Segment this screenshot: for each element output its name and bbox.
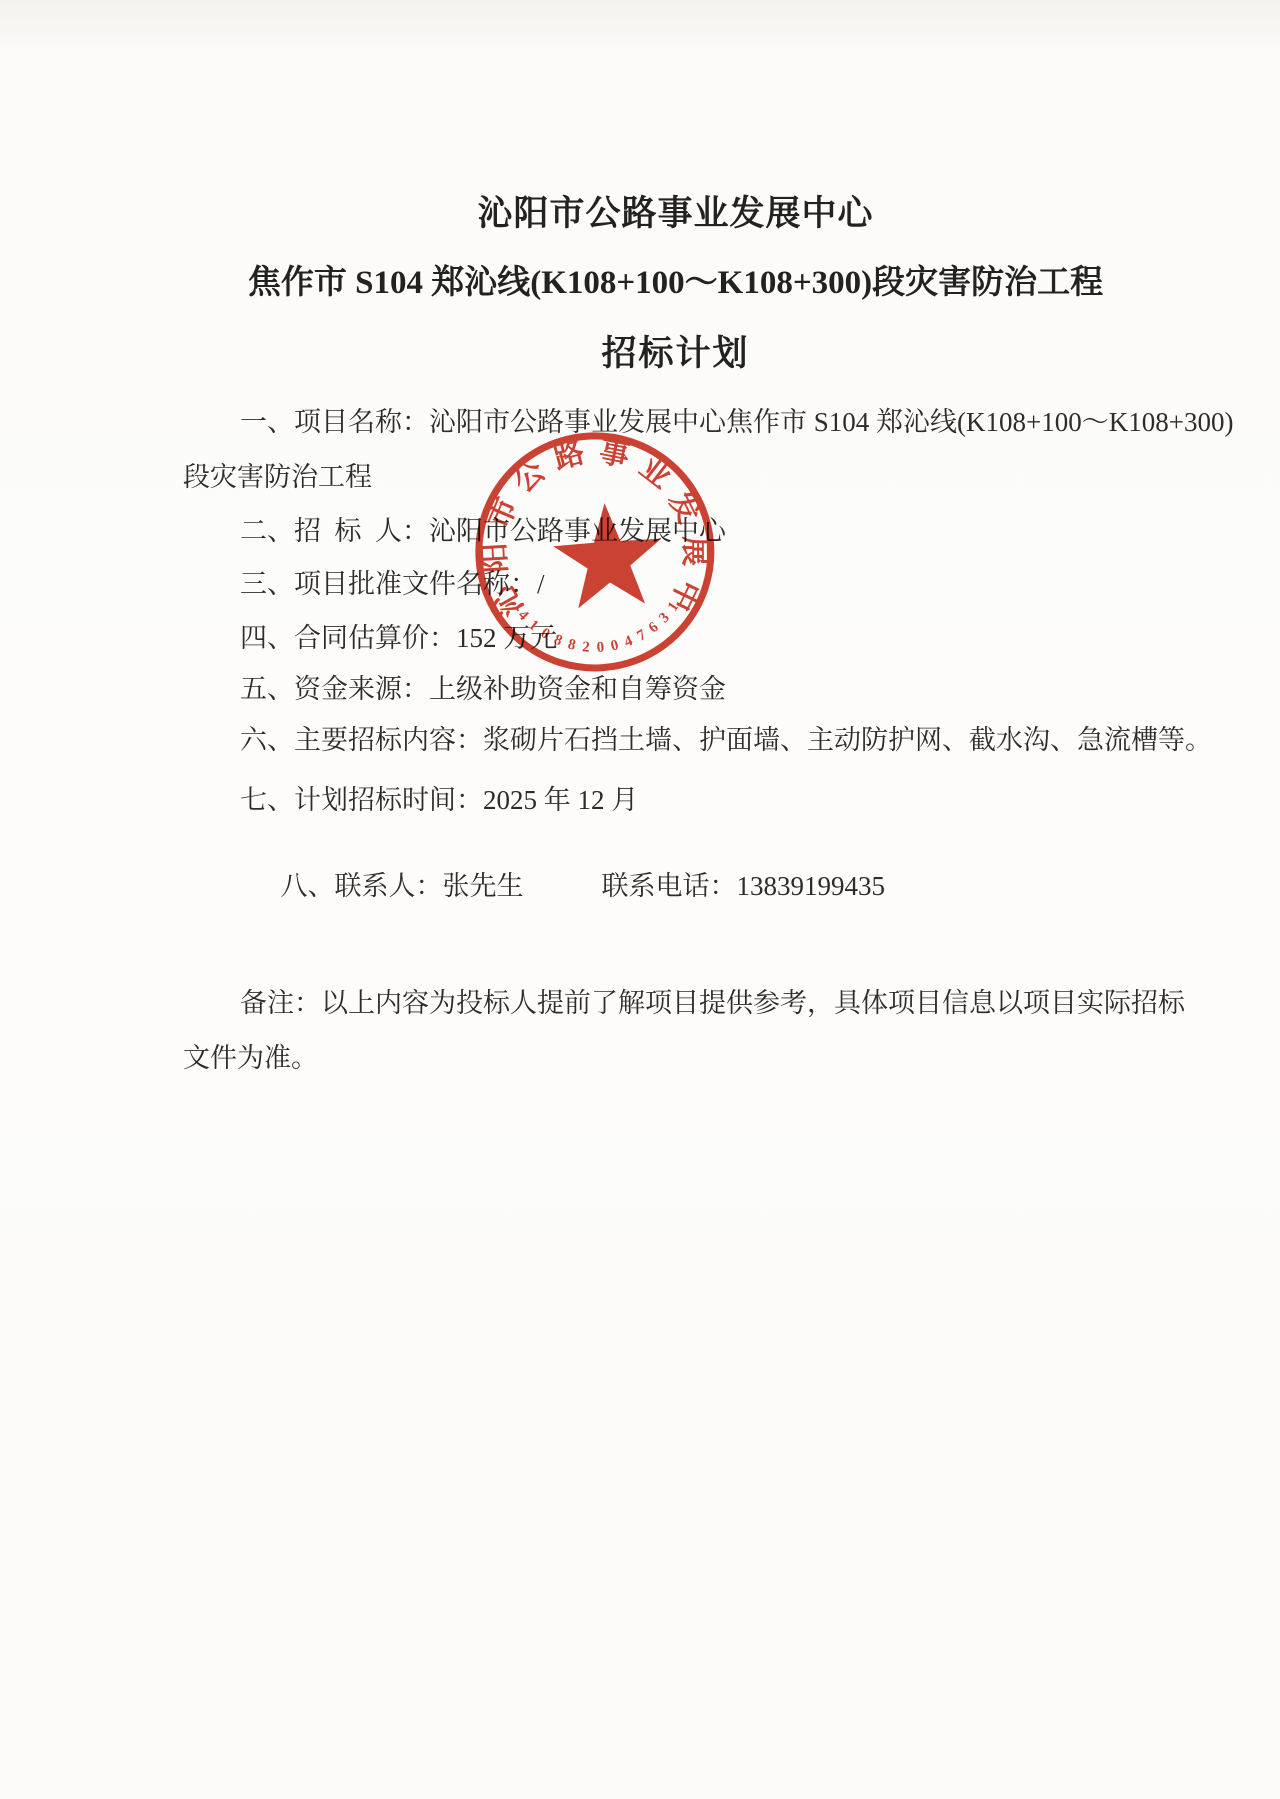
document-page: 沁阳市公路事业发展中心 焦作市 S104 郑沁线(K108+100～K108+3… xyxy=(0,0,1280,1799)
item-7-line: 七、计划招标时间：2025 年 12 月 xyxy=(183,782,638,818)
doc-type-title: 招标计划 xyxy=(183,326,1168,376)
item-6-line: 六、主要招标内容：浆砌片石挡土墙、护面墙、主动防护网、截水沟、急流槽等。 xyxy=(183,722,1212,758)
item-1-line-2: 段灾害防治工程 xyxy=(183,459,372,495)
contact-person: 八、联系人：张先生 xyxy=(281,871,524,901)
note-line-1: 备注：以上内容为投标人提前了解项目提供参考，具体项目信息以项目实际招标 xyxy=(183,985,1185,1021)
note-line-2: 文件为准。 xyxy=(183,1040,318,1076)
stamp-star-icon xyxy=(550,499,665,609)
contact-phone: 联系电话：13839199435 xyxy=(602,871,886,901)
official-seal-stamp: 沁阳市公路事业发展中心 4108820047631 xyxy=(460,420,729,689)
item-8-line: 八、联系人：张先生联系电话：13839199435 xyxy=(183,832,885,940)
org-title: 沁阳市公路事业发展中心 xyxy=(183,186,1168,236)
document-body: 沁阳市公路事业发展中心 焦作市 S104 郑沁线(K108+100～K108+3… xyxy=(183,0,1168,1799)
project-title: 焦作市 S104 郑沁线(K108+100～K108+300)段灾害防治工程 xyxy=(183,256,1168,303)
